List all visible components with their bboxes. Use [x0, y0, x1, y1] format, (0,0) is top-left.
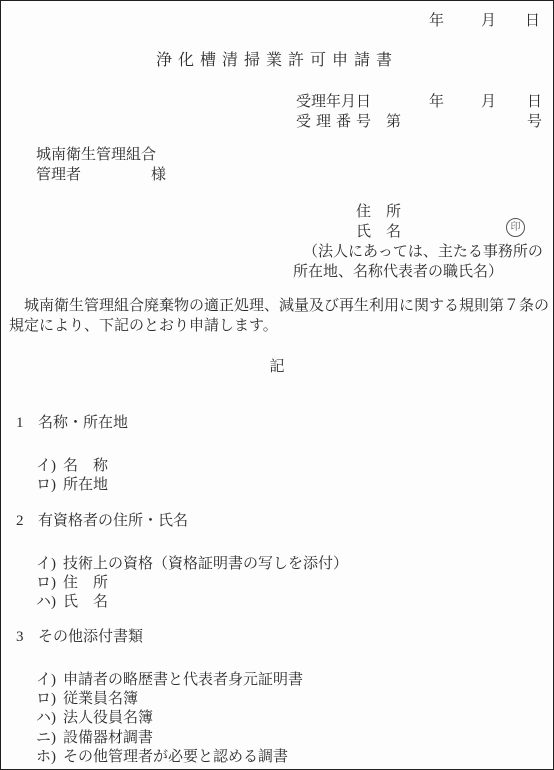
section-items: イ)名 称 ロ)所在地: [1, 457, 553, 495]
item-label: ハ): [36, 709, 63, 728]
list-item: ロ)従業員名簿: [36, 690, 553, 709]
section-heading: 1名称・所在地: [16, 414, 553, 432]
document-title: 浄化槽清掃業許可申請書: [1, 47, 553, 70]
section-name-location: 1名称・所在地 イ)名 称 ロ)所在地: [1, 414, 553, 495]
list-item: ハ)氏 名: [36, 593, 553, 612]
item-label: ロ): [36, 690, 63, 709]
top-date-year-label: 年: [429, 9, 444, 30]
applicant-name-label: 氏 名: [356, 220, 401, 241]
list-item: ニ)設備器材調書: [36, 729, 553, 748]
list-item: ロ)所在地: [36, 476, 553, 495]
list-item: ハ)法人役員名簿: [36, 709, 553, 728]
section-number: 2: [16, 512, 38, 530]
receipt-number-label: 受理番号: [296, 110, 376, 131]
item-label: ハ): [36, 593, 63, 612]
addressee-role: 管理者: [36, 163, 81, 184]
body-paragraph: 城南衛生管理組合廃棄物の適正処理、減量及び再生利用に関する規則第７条の規定により…: [9, 296, 549, 336]
top-date-day-label: 日: [525, 9, 540, 30]
ki-marker: 記: [1, 355, 553, 376]
section-items: イ)技術上の資格（資格証明書の写しを添付） ロ)住 所 ハ)氏 名: [1, 555, 553, 613]
list-item: イ)申請者の略歴書と代表者身元証明書: [36, 671, 553, 690]
section-title: 名称・所在地: [38, 415, 128, 431]
section-items: イ)申請者の略歴書と代表者身元証明書 ロ)従業員名簿 ハ)法人役員名簿 ニ)設備…: [1, 671, 553, 767]
item-label: ロ): [36, 574, 63, 593]
addressee-honorific: 様: [151, 163, 166, 184]
application-form-page: 年 月 日 浄化槽清掃業許可申請書 受理年月日 年 月 日 受理番号 第 号 城…: [0, 0, 554, 770]
receipt-year-label: 年: [429, 90, 444, 111]
item-label: ニ): [36, 729, 63, 748]
applicant-note-line2: 所在地、名称代表者の職氏名）: [293, 260, 503, 281]
top-date-month-label: 月: [481, 9, 496, 30]
item-label: ホ): [36, 748, 63, 767]
section-title: 有資格者の住所・氏名: [38, 513, 188, 529]
applicant-address-label: 住 所: [356, 200, 401, 221]
item-text: 氏 名: [63, 594, 108, 610]
item-label: イ): [36, 457, 63, 476]
list-item: ホ)その他管理者が必要と認める調書: [36, 748, 553, 767]
section-number: 3: [16, 628, 38, 646]
item-text: 名 称: [63, 458, 108, 474]
item-text: 設備器材調書: [63, 730, 153, 746]
item-text: 所在地: [63, 477, 108, 493]
item-text: 法人役員名簿: [63, 710, 153, 726]
item-label: イ): [36, 671, 63, 690]
seal-icon: 印: [506, 218, 525, 237]
section-heading: 3その他添付書類: [16, 628, 553, 646]
section-attachments: 3その他添付書類 イ)申請者の略歴書と代表者身元証明書 ロ)従業員名簿 ハ)法人…: [1, 628, 553, 767]
section-qualified-person: 2有資格者の住所・氏名 イ)技術上の資格（資格証明書の写しを添付） ロ)住 所 …: [1, 512, 553, 613]
list-item: ロ)住 所: [36, 574, 553, 593]
receipt-month-label: 月: [481, 90, 496, 111]
receipt-day-label: 日: [527, 90, 542, 111]
addressee-organization: 城南衛生管理組合: [36, 143, 156, 164]
applicant-note-line1: （法人にあっては、主たる事務所の: [303, 240, 543, 261]
section-number: 1: [16, 414, 38, 432]
item-text: 従業員名簿: [63, 691, 138, 707]
item-text: その他管理者が必要と認める調書: [63, 749, 288, 765]
item-text: 住 所: [63, 575, 108, 591]
receipt-number-suffix: 号: [527, 110, 542, 131]
receipt-date-label: 受理年月日: [296, 90, 371, 111]
item-text: 技術上の資格（資格証明書の写しを添付）: [63, 556, 348, 572]
receipt-number-prefix: 第: [386, 110, 401, 131]
list-item: イ)名 称: [36, 457, 553, 476]
item-text: 申請者の略歴書と代表者身元証明書: [63, 672, 303, 688]
section-heading: 2有資格者の住所・氏名: [16, 512, 553, 530]
list-item: イ)技術上の資格（資格証明書の写しを添付）: [36, 555, 553, 574]
section-title: その他添付書類: [38, 629, 143, 645]
item-label: ロ): [36, 476, 63, 495]
item-label: イ): [36, 555, 63, 574]
